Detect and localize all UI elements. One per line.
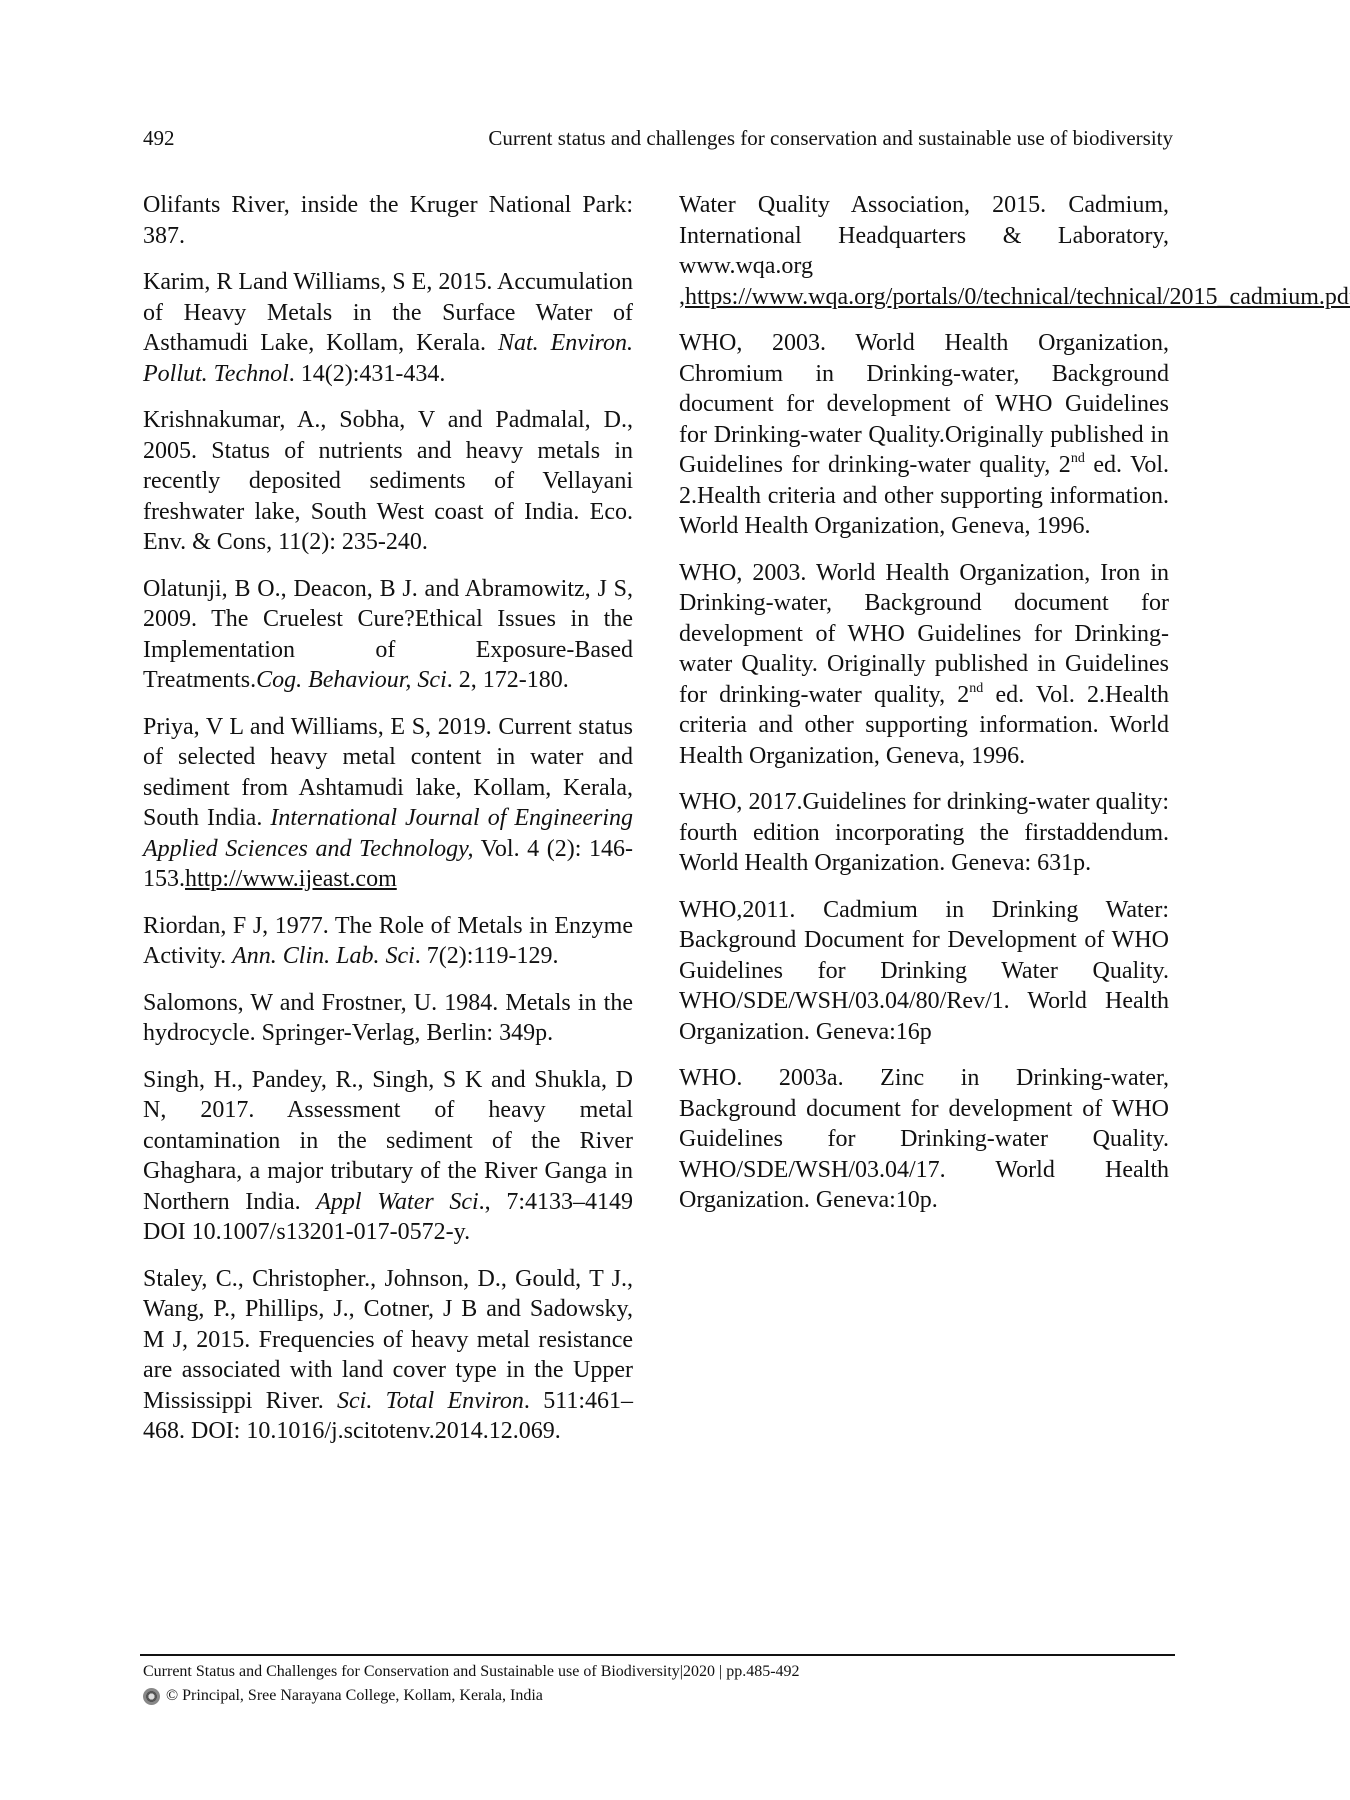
journal-title: Appl Water Sci [316, 1189, 478, 1215]
page-number: 492 [143, 124, 175, 152]
reference-text: WHO,2011. Cadmium in Drinking Water: Bac… [679, 897, 1169, 1045]
reference-text: Olifants River, inside the Kruger Nation… [143, 192, 633, 249]
reference-entry: Krishnakumar, A., Sobha, V and Padmalal,… [143, 405, 633, 558]
reference-entry: Salomons, W and Frostner, U. 1984. Metal… [143, 988, 633, 1049]
ordinal-superscript: nd [969, 681, 983, 696]
references-left-column: Olifants River, inside the Kruger Nation… [143, 190, 633, 1463]
reference-text: WHO. 2003a. Zinc in Drinking-water, Back… [679, 1065, 1169, 1213]
reference-text: Salomons, W and Frostner, U. 1984. Metal… [143, 990, 633, 1047]
reference-entry: Priya, V L and Williams, E S, 2019. Curr… [143, 712, 633, 895]
reference-text: . 2, 172-180. [447, 667, 569, 693]
footer-divider [140, 1654, 1175, 1656]
reference-entry: WHO, 2003. World Health Organization, Ch… [679, 328, 1169, 542]
reference-text: Krishnakumar, A., Sobha, V and Padmalal,… [143, 407, 633, 555]
reference-link[interactable]: https://www.wqa.org/portals/0/technical/… [685, 284, 1350, 310]
reference-entry: Olatunji, B O., Deacon, B J. and Abramow… [143, 574, 633, 696]
reference-entry: WHO, 2003. World Health Organization, Ir… [679, 558, 1169, 772]
reference-entry: WHO,2011. Cadmium in Drinking Water: Bac… [679, 895, 1169, 1048]
footer-copyright: © Principal, Sree Narayana College, Koll… [166, 1684, 543, 1708]
ordinal-superscript: nd [1071, 451, 1085, 466]
running-title: Current status and challenges for conser… [488, 124, 1173, 152]
reference-entry: Water Quality Association, 2015. Cadmium… [679, 190, 1169, 312]
references-right-column: Water Quality Association, 2015. Cadmium… [679, 190, 1169, 1232]
reference-entry: WHO, 2017.Guidelines for drinking-water … [679, 787, 1169, 879]
reference-entry: WHO. 2003a. Zinc in Drinking-water, Back… [679, 1063, 1169, 1216]
journal-title: Sci. Total Environ [337, 1388, 524, 1414]
reference-entry: Olifants River, inside the Kruger Nation… [143, 190, 633, 251]
reference-link[interactable]: http://www.ijeast.com [185, 866, 397, 892]
reference-entry: Singh, H., Pandey, R., Singh, S K and Sh… [143, 1065, 633, 1248]
reference-entry: Riordan, F J, 1977. The Role of Metals i… [143, 911, 633, 972]
reference-text: . 14(2):431-434. [289, 361, 446, 387]
college-emblem-icon [143, 1688, 160, 1705]
journal-title: Ann. Clin. Lab. Sci [232, 943, 415, 969]
footer-citation: Current Status and Challenges for Conser… [143, 1660, 800, 1684]
reference-text: . 7(2):119-129. [415, 943, 559, 969]
reference-text: WHO, 2017.Guidelines for drinking-water … [679, 789, 1169, 876]
reference-entry: Karim, R Land Williams, S E, 2015. Accum… [143, 267, 633, 389]
journal-title: Cog. Behaviour, Sci [256, 667, 447, 693]
page-footer: Current Status and Challenges for Conser… [143, 1660, 1173, 1708]
reference-entry: Staley, C., Christopher., Johnson, D., G… [143, 1264, 633, 1447]
